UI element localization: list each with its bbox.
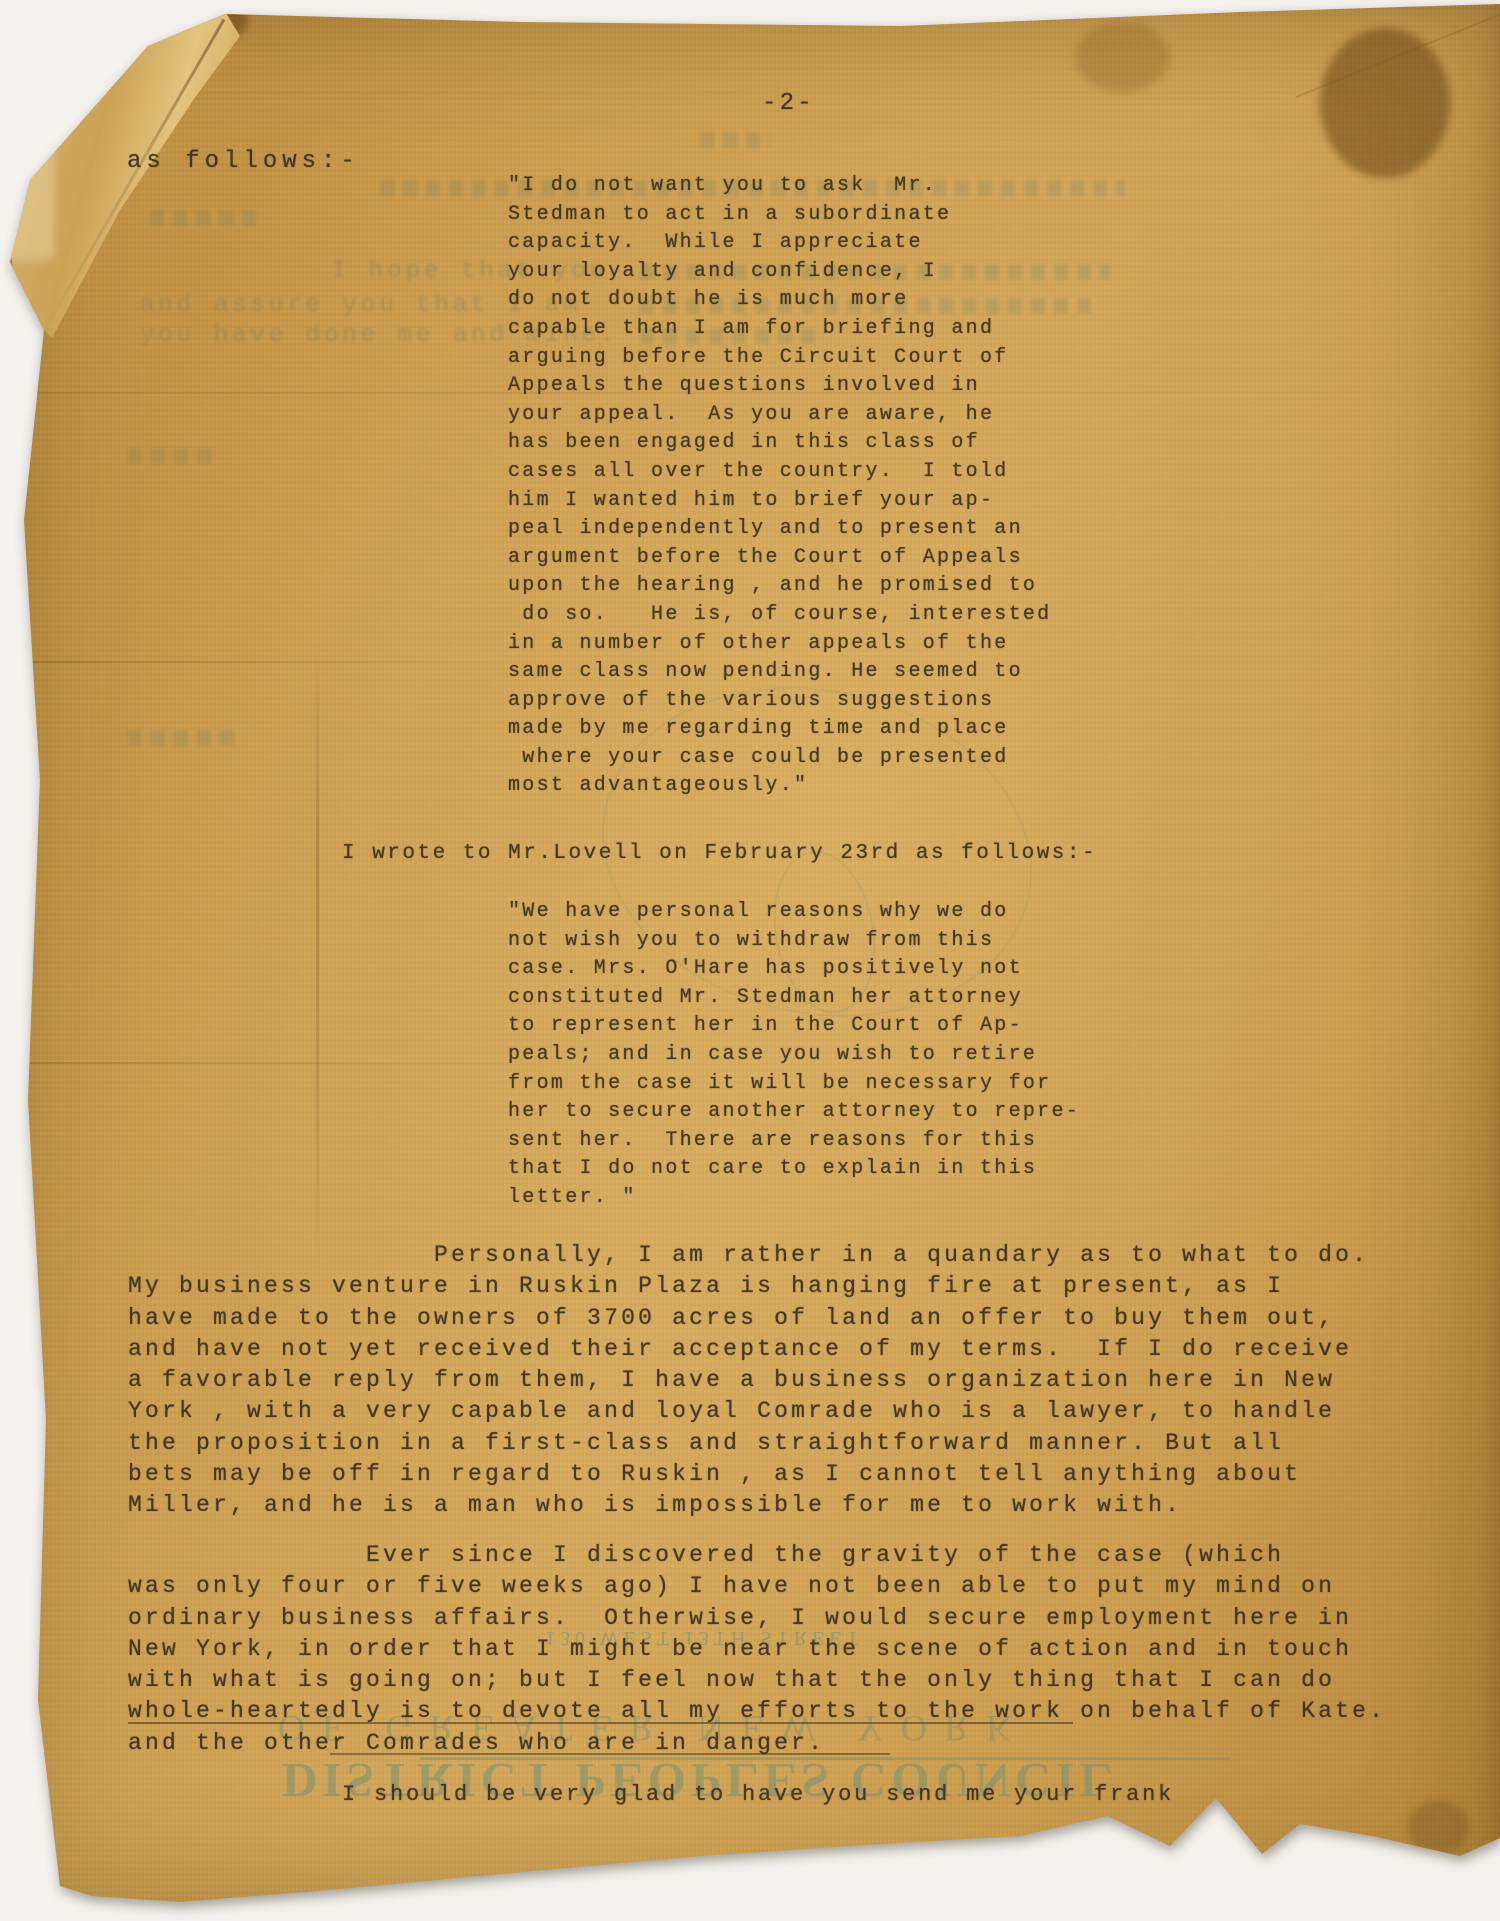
paragraph-1: Personally, I am rather in a quandary as… xyxy=(128,1240,1369,1522)
paper-shadow-wrap: I hope that you and assure you that I am… xyxy=(0,0,1500,1921)
typed-line: and have not yet received their acceptan… xyxy=(128,1334,1369,1365)
typed-line: My business venture in Ruskin Plaza is h… xyxy=(128,1271,1369,1302)
tape-highlight xyxy=(0,60,55,260)
typed-line: made by me regarding time and place xyxy=(508,715,1051,744)
scanned-letter-page: I hope that you and assure you that I am… xyxy=(0,0,1500,1921)
typed-line: Miller, and he is a man who is impossibl… xyxy=(128,1490,1369,1521)
typed-line: from the case it will be necessary for xyxy=(508,1070,1080,1099)
typed-line: upon the hearing , and he promised to xyxy=(508,572,1051,601)
typed-line: not wish you to withdraw from this xyxy=(508,927,1080,956)
typed-line: most advantageously." xyxy=(508,772,1051,801)
typed-line: in a number of other appeals of the xyxy=(508,630,1051,659)
typed-line: case. Mrs. O'Hare has positively not xyxy=(508,955,1080,984)
typed-line: Ever since I discovered the gravity of t… xyxy=(128,1540,1386,1571)
typed-line: sent her. There are reasons for this xyxy=(508,1127,1080,1156)
typed-line: her to secure another attorney to repre- xyxy=(508,1098,1080,1127)
typed-line: capable than I am for briefing and xyxy=(508,315,1051,344)
quote-block-1: "I do not want you to ask Mr.Stedman to … xyxy=(508,172,1051,801)
crease-horizontal-1 xyxy=(30,661,510,663)
typed-line: your loyalty and confidence, I xyxy=(508,258,1051,287)
crease-horizontal-2 xyxy=(30,1062,550,1064)
typed-line: same class now pending. He seemed to xyxy=(508,658,1051,687)
typed-line: do not doubt he is much more xyxy=(508,286,1051,315)
typed-line: New York, in order that I might be near … xyxy=(128,1634,1386,1665)
typed-line: approve of the various suggestions xyxy=(508,687,1051,716)
typed-line: do so. He is, of course, interested xyxy=(508,601,1051,630)
typed-underline-1 xyxy=(128,1722,1073,1724)
typed-line: has been engaged in this class of xyxy=(508,429,1051,458)
typed-line: with what is going on; but I feel now th… xyxy=(128,1665,1386,1696)
closing-line: I should be very glad to have you send m… xyxy=(342,1782,1174,1807)
typed-line: Stedman to act in a subordinate xyxy=(508,201,1051,230)
ghost-smudge-line-2 xyxy=(150,210,265,226)
typed-line: peals; and in case you wish to retire xyxy=(508,1041,1080,1070)
typed-line: a favorable reply from them, I have a bu… xyxy=(128,1365,1369,1396)
typed-line: where your case could be presented xyxy=(508,744,1051,773)
typed-line: cases all over the country. I told xyxy=(508,458,1051,487)
crease-vertical-left xyxy=(316,640,319,1280)
typed-line: was only four or five weeks ago) I have … xyxy=(128,1571,1386,1602)
typed-line: bets may be off in regard to Ruskin , as… xyxy=(128,1459,1369,1490)
page-number: -2- xyxy=(762,88,815,119)
typed-line: ordinary business affairs. Otherwise, I … xyxy=(128,1603,1386,1634)
typed-line: letter. " xyxy=(508,1184,1080,1213)
typed-line: "We have personal reasons why we do xyxy=(508,898,1080,927)
paragraph-2: Ever since I discovered the gravity of t… xyxy=(128,1540,1386,1759)
typed-line: to represent her in the Court of Ap- xyxy=(508,1012,1080,1041)
quote-block-2: "We have personal reasons why we donot w… xyxy=(508,898,1080,1213)
typed-line: him I wanted him to brief your ap- xyxy=(508,487,1051,516)
typed-line: have made to the owners of 3700 acres of… xyxy=(128,1303,1369,1334)
stain-top-middle xyxy=(1075,22,1170,92)
typed-line: your appeal. As you are aware, he xyxy=(508,401,1051,430)
ghost-smudge-margin-1 xyxy=(128,448,218,464)
left-margin-fragment: as follows:- xyxy=(127,146,360,177)
typed-line: the proposition in a first-class and str… xyxy=(128,1428,1369,1459)
typed-line: argument before the Court of Appeals xyxy=(508,544,1051,573)
paper-sheet: I hope that you and assure you that I am… xyxy=(0,0,1500,1921)
ghost-smudge-margin-2 xyxy=(128,730,238,746)
typed-line: Appeals the questions involved in xyxy=(508,372,1051,401)
typed-line: York , with a very capable and loyal Com… xyxy=(128,1396,1369,1427)
ghost-smudge-pagenum xyxy=(700,132,770,148)
typed-line: "I do not want you to ask Mr. xyxy=(508,172,1051,201)
stain-top-right xyxy=(1320,28,1450,178)
typed-underline-2 xyxy=(330,1753,890,1755)
typed-line: peal independently and to present an xyxy=(508,515,1051,544)
typed-line: constituted Mr. Stedman her attorney xyxy=(508,984,1080,1013)
typed-line: capacity. While I appreciate xyxy=(508,229,1051,258)
between-quotes-line: I wrote to Mr.Lovell on February 23rd as… xyxy=(342,842,1097,865)
stain-bottom-right xyxy=(1408,1800,1468,1855)
typed-line: arguing before the Circuit Court of xyxy=(508,344,1051,373)
typed-line: Personally, I am rather in a quandary as… xyxy=(128,1240,1369,1271)
typed-line: that I do not care to explain in this xyxy=(508,1155,1080,1184)
